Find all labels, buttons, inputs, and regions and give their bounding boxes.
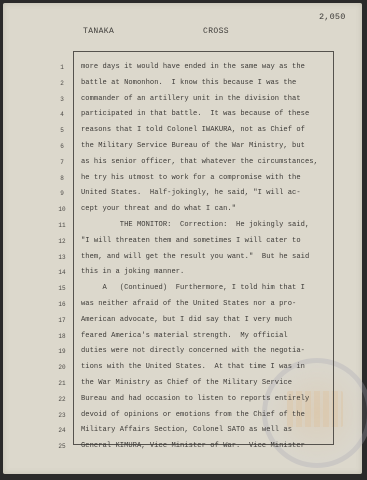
transcript-line: United States. Half-jokingly, he said, "… <box>81 186 331 202</box>
transcript-line: cept your threat and do what I can." <box>81 202 331 218</box>
line-number: 1 <box>54 60 70 76</box>
line-number: 4 <box>54 107 70 123</box>
transcript-line: American advocate, but I did say that I … <box>81 313 331 329</box>
transcript-line: he try his utmost to work for a compromi… <box>81 171 331 187</box>
page-number: 2,050 <box>319 12 346 22</box>
line-number: 8 <box>54 171 70 187</box>
transcript-line: them, and will get the result you want."… <box>81 250 331 266</box>
line-number-column: 1234567891011121314151617181920212223242… <box>54 60 70 455</box>
transcript-line: the War Ministry as Chief of the Militar… <box>81 376 331 392</box>
line-number: 15 <box>54 281 70 297</box>
transcript-line: devoid of opinions or emotions from the … <box>81 408 331 424</box>
line-number: 11 <box>54 218 70 234</box>
line-number: 6 <box>54 139 70 155</box>
transcript-line: battle at Nomonhon. I know this because … <box>81 76 331 92</box>
transcript-body: more days it would have ended in the sam… <box>81 60 331 455</box>
line-number: 19 <box>54 344 70 360</box>
transcript-line: this in a joking manner. <box>81 265 331 281</box>
transcript-line: Military Affairs Section, Colonel SATO a… <box>81 423 331 439</box>
transcript-line: was neither afraid of the United States … <box>81 297 331 313</box>
transcript-line: commander of an artillery unit in the di… <box>81 92 331 108</box>
transcript-line: participated in that battle. It was beca… <box>81 107 331 123</box>
line-number: 20 <box>54 360 70 376</box>
transcript-line: duties were not directly concerned with … <box>81 344 331 360</box>
line-number: 14 <box>54 265 70 281</box>
transcript-line: feared America's material strength. My o… <box>81 329 331 345</box>
transcript-line: General KIMURA, Vice Minister of War. Vi… <box>81 439 331 455</box>
line-number: 25 <box>54 439 70 455</box>
line-number: 17 <box>54 313 70 329</box>
examination-type-header: CROSS <box>203 27 229 36</box>
transcript-line: more days it would have ended in the sam… <box>81 60 331 76</box>
line-number: 10 <box>54 202 70 218</box>
line-number: 21 <box>54 376 70 392</box>
line-number: 9 <box>54 186 70 202</box>
transcript-line: tions with the United States. At that ti… <box>81 360 331 376</box>
transcript-line: "I will threaten them and sometimes I wi… <box>81 234 331 250</box>
line-number: 16 <box>54 297 70 313</box>
line-number: 7 <box>54 155 70 171</box>
transcript-line: the Military Service Bureau of the War M… <box>81 139 331 155</box>
line-number: 22 <box>54 392 70 408</box>
transcript-line: reasons that I told Colonel IWAKURA, not… <box>81 123 331 139</box>
line-number: 12 <box>54 234 70 250</box>
line-number: 23 <box>54 408 70 424</box>
line-number: 5 <box>54 123 70 139</box>
transcript-line: as his senior officer, that whatever the… <box>81 155 331 171</box>
line-number: 13 <box>54 250 70 266</box>
line-number: 3 <box>54 92 70 108</box>
line-number: 24 <box>54 423 70 439</box>
transcript-line: THE MONITOR: Correction: He jokingly sai… <box>81 218 331 234</box>
line-number: 18 <box>54 329 70 345</box>
transcript-line: A (Continued) Furthermore, I told him th… <box>81 281 331 297</box>
transcript-line: Bureau and had occasion to listen to rep… <box>81 392 331 408</box>
witness-name-header: TANAKA <box>83 27 114 36</box>
line-number: 2 <box>54 76 70 92</box>
